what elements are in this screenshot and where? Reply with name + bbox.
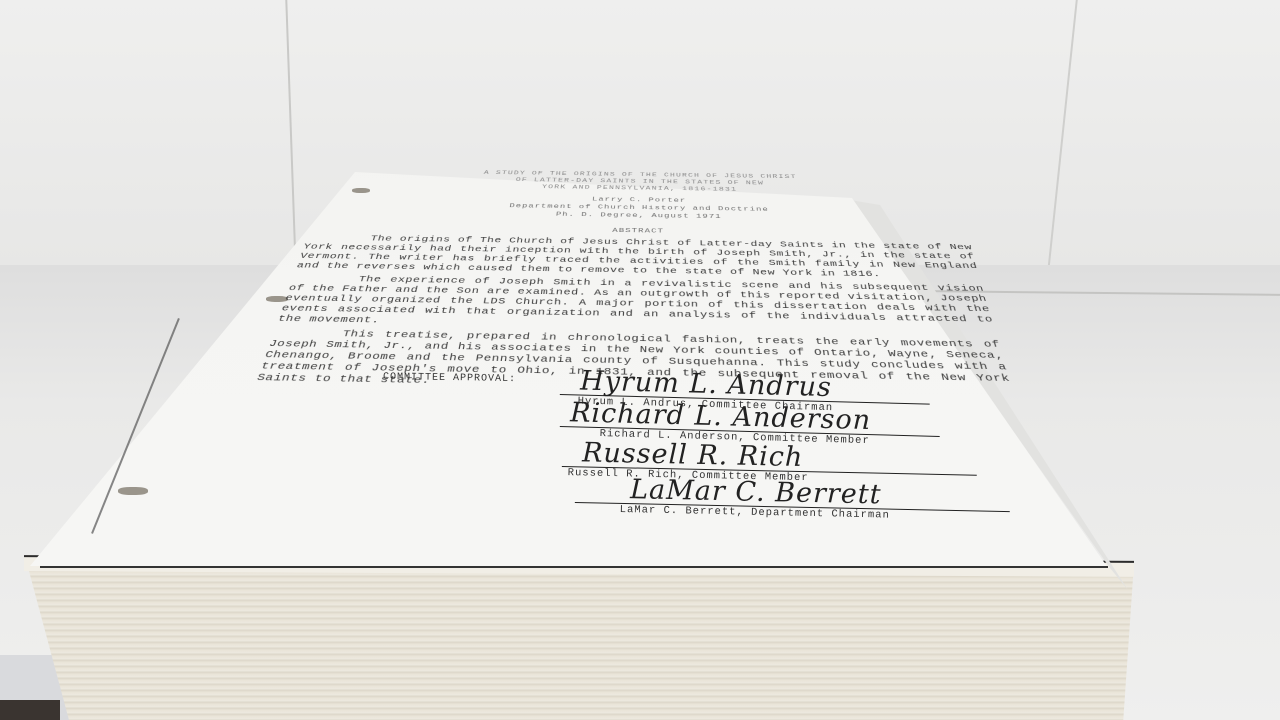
abstract-paragraph: The experience of Joseph Smith in a revi… xyxy=(276,274,997,336)
committee-approval-label: COMMITTEE APPROVAL: xyxy=(383,372,516,385)
author-block: Larry C. Porter Department of Church His… xyxy=(315,192,966,225)
abstract-page: A STUDY OF THE ORIGINS OF THE CHURCH OF … xyxy=(255,168,1015,397)
document-perspective: A STUDY OF THE ORIGINS OF THE CHURCH OF … xyxy=(0,0,1280,720)
abstract-paragraph: The origins of The Church of Jesus Chris… xyxy=(295,233,982,281)
